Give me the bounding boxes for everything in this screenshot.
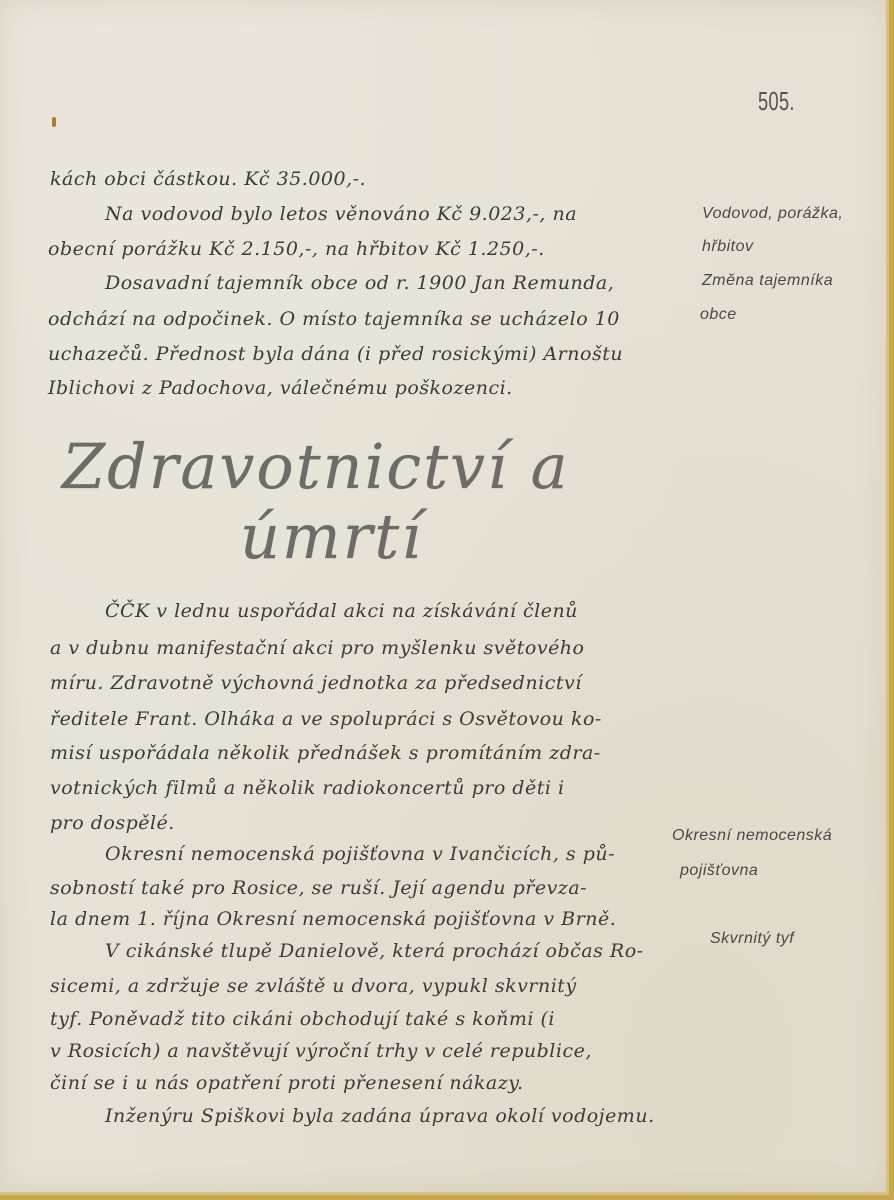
text-line: tyf. Poněvadž tito cikáni obchodují také… (50, 1008, 555, 1030)
margin-note: pojišťovna (680, 862, 758, 880)
ink-speck (52, 117, 56, 127)
margin-note: Vodovod, porážka, (702, 205, 843, 223)
text-line: ČČK v lednu uspořádal akci na získávání … (105, 600, 578, 622)
margin-note: Okresní nemocenská (672, 827, 832, 845)
text-line: odchází na odpočinek. O místo tajemníka … (48, 308, 620, 330)
text-line: ředitele Frant. Olháka a ve spolupráci s… (50, 708, 602, 730)
text-line: míru. Zdravotně výchovná jednotka za pře… (50, 672, 582, 694)
text-line: Iblichovi z Padochova, válečnému poškoze… (48, 377, 513, 399)
text-line: obecní porážku Kč 2.150,-, na hřbitov Kč… (48, 238, 545, 260)
margin-note: Skvrnitý tyf (710, 930, 794, 948)
manuscript-page: 505. kách obci částkou. Kč 35.000,-. Na … (0, 0, 889, 1195)
text-line: Na vodovod bylo letos věnováno Kč 9.023,… (105, 203, 577, 225)
section-heading-line2: úmrtí (240, 500, 423, 573)
text-line: la dnem 1. října Okresní nemocenská poji… (50, 908, 616, 930)
text-line: sicemi, a zdržuje se zvláště u dvora, vy… (50, 975, 577, 997)
text-line: činí se i u nás opatření proti přenesení… (50, 1072, 524, 1094)
text-line: pro dospělé. (50, 812, 175, 834)
text-line: a v dubnu manifestační akci pro myšlenku… (50, 637, 584, 659)
page-number: 505. (758, 86, 795, 117)
text-line: Dosavadní tajemník obce od r. 1900 Jan R… (105, 272, 614, 294)
text-line: Okresní nemocenská pojišťovna v Ivančicí… (105, 843, 615, 865)
margin-note: Změna tajemníka (702, 272, 833, 290)
text-line: votnických filmů a několik radiokoncertů… (50, 777, 565, 799)
text-line: misí uspořádala několik přednášek s prom… (50, 742, 601, 764)
text-line: V cikánské tlupě Danielově, která prochá… (105, 940, 644, 962)
text-line: kách obci částkou. Kč 35.000,-. (50, 168, 366, 190)
text-line: uchazečů. Přednost byla dána (i před ros… (48, 343, 623, 365)
section-heading-line1: Zdravotnictví a (62, 430, 570, 503)
margin-note: obce (700, 306, 737, 324)
margin-note: hřbitov (702, 238, 754, 256)
text-line: Inženýru Spiškovi byla zadána úprava oko… (105, 1105, 655, 1127)
text-line: v Rosicích) a navštěvují výroční trhy v … (50, 1040, 592, 1062)
text-line: sobností také pro Rosice, se ruší. Její … (50, 877, 587, 899)
